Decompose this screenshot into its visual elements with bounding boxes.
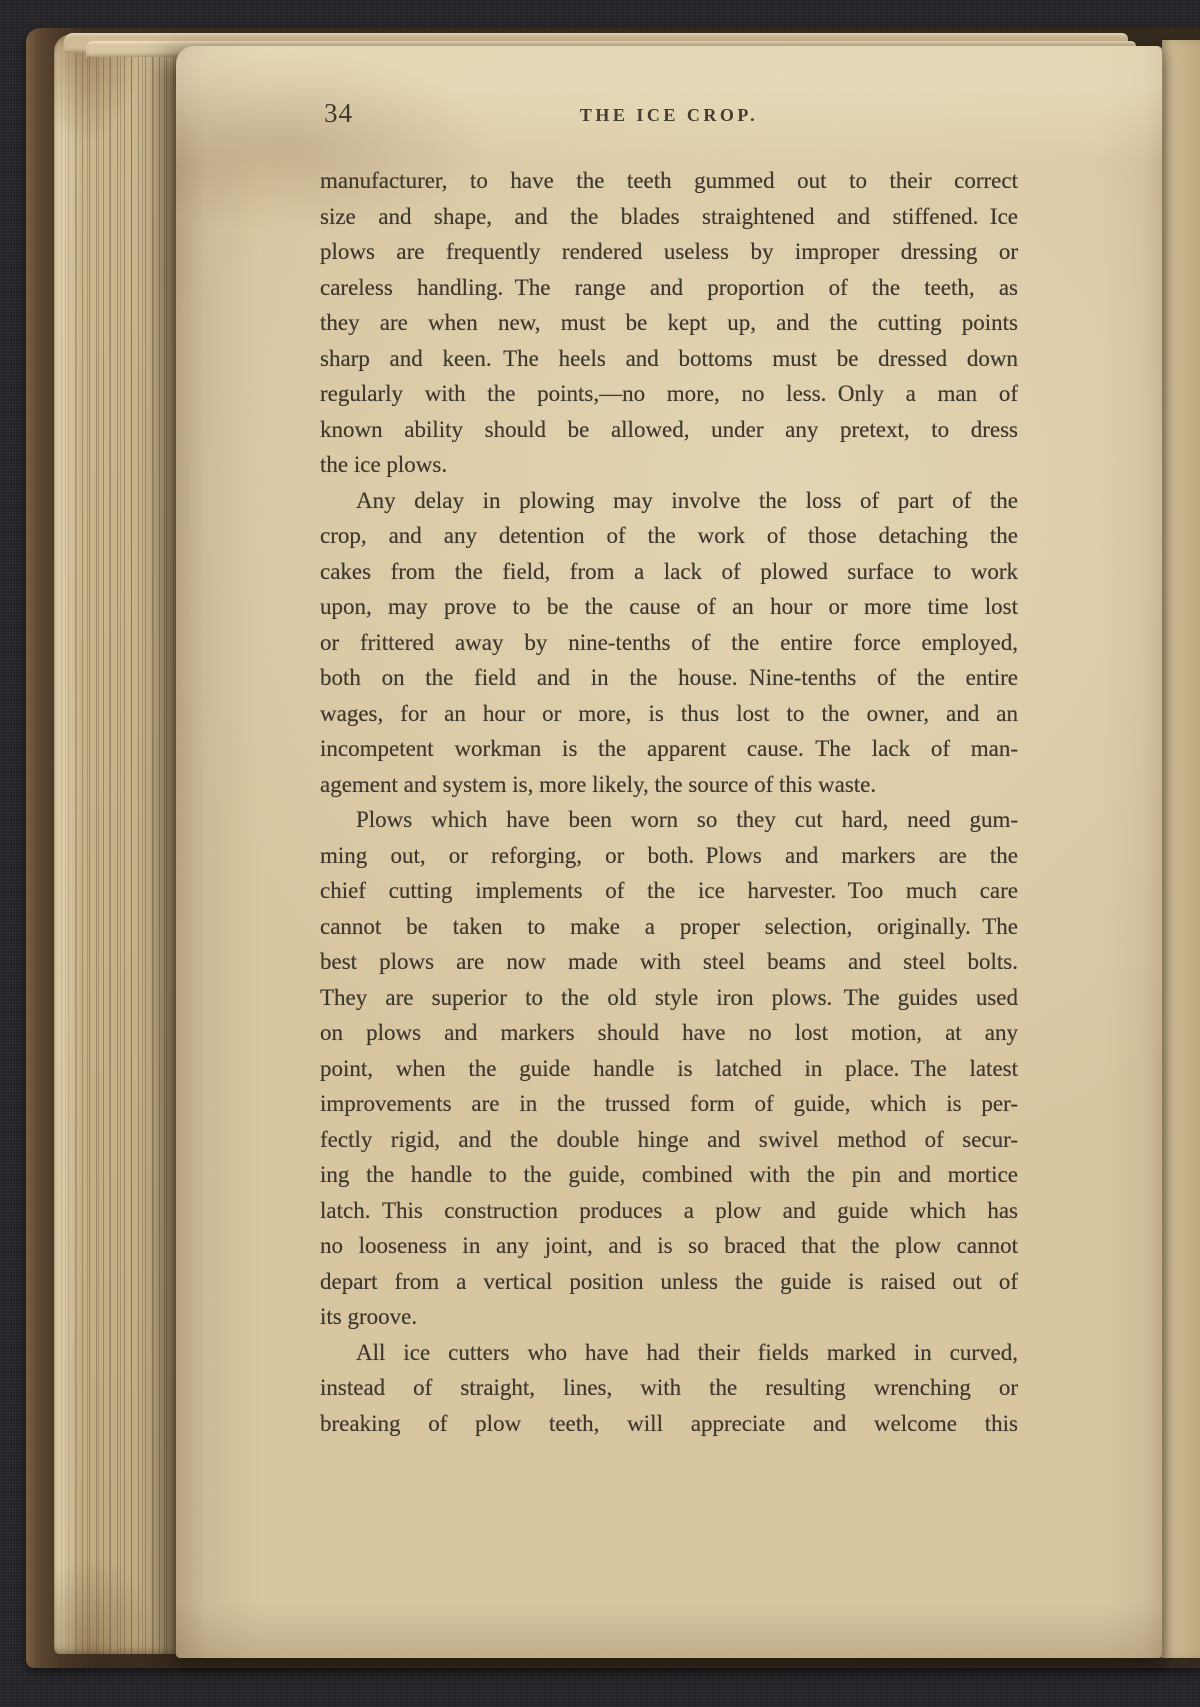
text-line: the ice plows.: [320, 447, 1018, 483]
text-line: on plows and markers should have no lost…: [320, 1015, 1018, 1051]
text-line: All ice cutters who have had their field…: [320, 1335, 1018, 1371]
text-line: Any delay in plowing may involve the los…: [320, 483, 1018, 519]
page-number: 34: [324, 98, 353, 129]
text-line: size and shape, and the blades straighte…: [320, 199, 1018, 235]
text-line: plows are frequently rendered useless by…: [320, 234, 1018, 270]
text-line: its groove.: [320, 1299, 1018, 1335]
text-line: ming out, or reforging, or both. Plows a…: [320, 838, 1018, 874]
paragraph: Plows which have been worn so they cut h…: [320, 802, 1018, 1335]
text-line: no looseness in any joint, and is so bra…: [320, 1228, 1018, 1264]
text-line: fectly rigid, and the double hinge and s…: [320, 1122, 1018, 1158]
text-line: known ability should be allowed, under a…: [320, 412, 1018, 448]
text-line: they are when new, must be kept up, and …: [320, 305, 1018, 341]
text-line: manufacturer, to have the teeth gummed o…: [320, 163, 1018, 199]
text-line: breaking of plow teeth, will appreciate …: [320, 1406, 1018, 1442]
text-line: latch. This construction produces a plow…: [320, 1193, 1018, 1229]
page-text-column: 34 THE ICE CROP. manufacturer, to have t…: [320, 0, 1018, 1707]
text-line: instead of straight, lines, with the res…: [320, 1370, 1018, 1406]
paragraph: manufacturer, to have the teeth gummed o…: [320, 163, 1018, 483]
paragraph: All ice cutters who have had their field…: [320, 1335, 1018, 1442]
text-line: sharp and keen. The heels and bottoms mu…: [320, 341, 1018, 377]
text-line: both on the field and in the house. Nine…: [320, 660, 1018, 696]
text-line: or frittered away by nine-tenths of the …: [320, 625, 1018, 661]
text-line: improvements are in the trussed form of …: [320, 1086, 1018, 1122]
text-line: upon, may prove to be the cause of an ho…: [320, 589, 1018, 625]
running-header: THE ICE CROP.: [320, 98, 1018, 126]
text-line: point, when the guide handle is latched …: [320, 1051, 1018, 1087]
paragraph: Any delay in plowing may involve the los…: [320, 483, 1018, 803]
text-line: wages, for an hour or more, is thus lost…: [320, 696, 1018, 732]
text-line: They are superior to the old style iron …: [320, 980, 1018, 1016]
text-line: chief cutting implements of the ice harv…: [320, 873, 1018, 909]
text-line: Plows which have been worn so they cut h…: [320, 802, 1018, 838]
text-line: incompetent workman is the apparent caus…: [320, 731, 1018, 767]
text-line: agement and system is, more likely, the …: [320, 767, 1018, 803]
text-line: careless handling. The range and proport…: [320, 270, 1018, 306]
text-line: cannot be taken to make a proper selecti…: [320, 909, 1018, 945]
next-page-edge: [1162, 40, 1200, 1658]
page-header: 34 THE ICE CROP.: [320, 98, 1018, 134]
scanned-book-photo: 34 THE ICE CROP. manufacturer, to have t…: [0, 0, 1200, 1707]
page-edges-stack: [54, 34, 180, 1654]
text-line: cakes from the field, from a lack of plo…: [320, 554, 1018, 590]
text-line: depart from a vertical position unless t…: [320, 1264, 1018, 1300]
text-line: ing the handle to the guide, combined wi…: [320, 1157, 1018, 1193]
text-line: crop, and any detention of the work of t…: [320, 518, 1018, 554]
text-line: best plows are now made with steel beams…: [320, 944, 1018, 980]
body-text: manufacturer, to have the teeth gummed o…: [320, 163, 1018, 1441]
text-line: regularly with the points,—no more, no l…: [320, 376, 1018, 412]
